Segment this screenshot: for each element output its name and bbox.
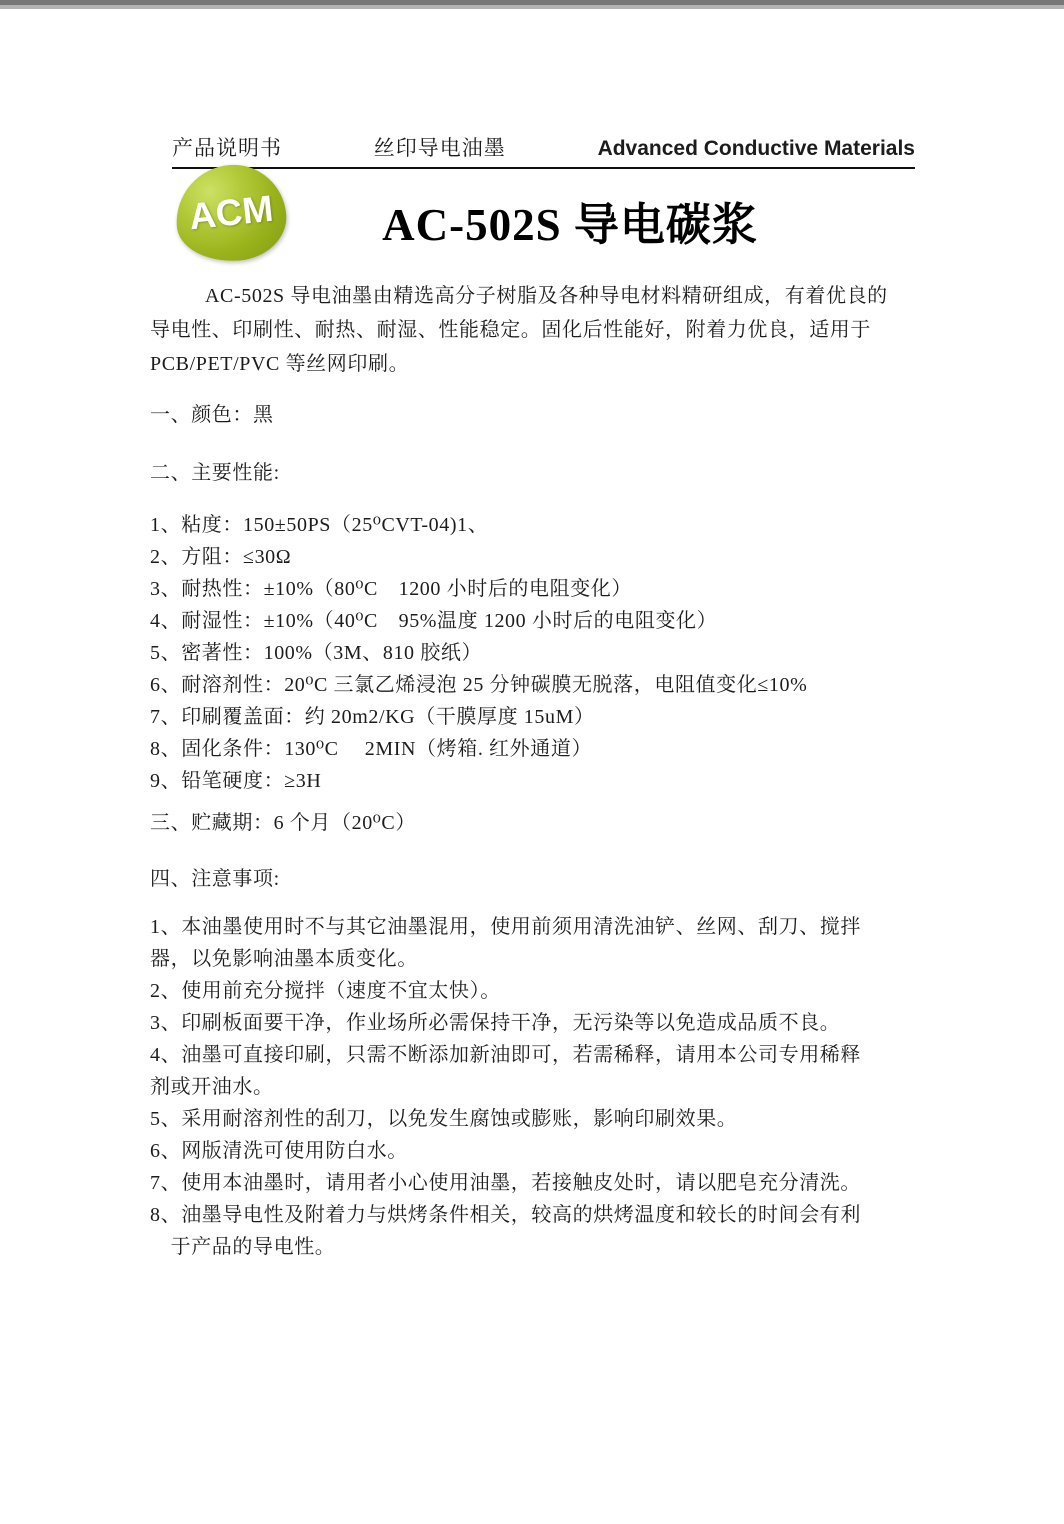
text-line: 剂或开油水。 bbox=[150, 1071, 930, 1103]
text-line: 8、固化条件：130⁰C 2MIN（烤箱. 红外通道） bbox=[150, 733, 930, 765]
text-line: 导电性、印刷性、耐热、耐湿、性能稳定。固化后性能好，附着力优良，适用于 bbox=[150, 313, 930, 347]
acm-logo: ACM bbox=[173, 161, 289, 264]
section-heading-storage: 三、贮藏期：6 个月（20⁰C） bbox=[150, 807, 930, 839]
text-line: AC-502S 导电油墨由精选高分子树脂及各种导电材料精研组成，有着优良的 bbox=[150, 279, 930, 313]
header-left-label: 产品说明书 bbox=[172, 132, 282, 162]
text-line: 6、网版清洗可使用防白水。 bbox=[150, 1135, 930, 1167]
section-heading-color: 一、颜色：黑 bbox=[150, 399, 930, 431]
document-page: 产品说明书 丝印导电油墨 Advanced Conductive Materia… bbox=[0, 0, 1064, 1524]
text-line: 7、印刷覆盖面：约 20m2/KG（干膜厚度 15uM） bbox=[150, 701, 930, 733]
intro-paragraph: AC-502S 导电油墨由精选高分子树脂及各种导电材料精研组成，有着优良的导电性… bbox=[150, 279, 930, 381]
text-line: PCB/PET/PVC 等丝网印刷。 bbox=[150, 347, 930, 381]
text-line: 9、铅笔硬度：≥3H bbox=[150, 765, 930, 797]
text-line: 5、采用耐溶剂性的刮刀，以免发生腐蚀或膨账，影响印刷效果。 bbox=[150, 1103, 930, 1135]
document-body: AC-502S 导电油墨由精选高分子树脂及各种导电材料精研组成，有着优良的导电性… bbox=[150, 279, 930, 1263]
text-line: 7、使用本油墨时，请用者小心使用油墨，若接触皮处时，请以肥皂充分清洗。 bbox=[150, 1167, 930, 1199]
window-top-strip bbox=[0, 0, 1064, 9]
text-line: 1、粘度：150±50PS（25⁰CVT-04)1、 bbox=[150, 509, 930, 541]
text-line: 3、印刷板面要干净，作业场所必需保持干净，无污染等以免造成品质不良。 bbox=[150, 1007, 930, 1039]
document-title: AC-502S 导电碳浆 bbox=[290, 188, 850, 253]
text-line: 4、耐湿性：±10%（40⁰C 95%温度 1200 小时后的电阻变化） bbox=[150, 605, 930, 637]
text-line: 2、方阻：≤30Ω bbox=[150, 541, 930, 573]
text-line: 器，以免影响油墨本质变化。 bbox=[150, 943, 930, 975]
header-center-label: 丝印导电油墨 bbox=[374, 132, 506, 162]
section-heading-properties: 二、主要性能: bbox=[150, 457, 930, 489]
text-line: 2、使用前充分搅拌（速度不宜太快）。 bbox=[150, 975, 930, 1007]
text-line: 6、耐溶剂性：20⁰C 三氯乙烯浸泡 25 分钟碳膜无脱落，电阻值变化≤10% bbox=[150, 669, 930, 701]
notes-list: 1、本油墨使用时不与其它油墨混用，使用前须用清洗油铲、丝网、刮刀、搅拌器，以免影… bbox=[150, 911, 930, 1263]
text-line: 1、本油墨使用时不与其它油墨混用，使用前须用清洗油铲、丝网、刮刀、搅拌 bbox=[150, 911, 930, 943]
page-header: 产品说明书 丝印导电油墨 Advanced Conductive Materia… bbox=[172, 132, 915, 169]
header-right-label: Advanced Conductive Materials bbox=[598, 137, 915, 161]
properties-list: 1、粘度：150±50PS（25⁰CVT-04)1、2、方阻：≤30Ω3、耐热性… bbox=[150, 509, 930, 797]
section-heading-notes: 四、注意事项: bbox=[150, 863, 930, 895]
text-line: 4、油墨可直接印刷，只需不断添加新油即可，若需稀释，请用本公司专用稀释 bbox=[150, 1039, 930, 1071]
text-line: 于产品的导电性。 bbox=[150, 1231, 930, 1263]
text-line: 3、耐热性：±10%（80⁰C 1200 小时后的电阻变化） bbox=[150, 573, 930, 605]
text-line: 5、密著性：100%（3M、810 胶纸） bbox=[150, 637, 930, 669]
acm-logo-text: ACM bbox=[187, 188, 275, 239]
text-line: 8、油墨导电性及附着力与烘烤条件相关，较高的烘烤温度和较长的时间会有利 bbox=[150, 1199, 930, 1231]
